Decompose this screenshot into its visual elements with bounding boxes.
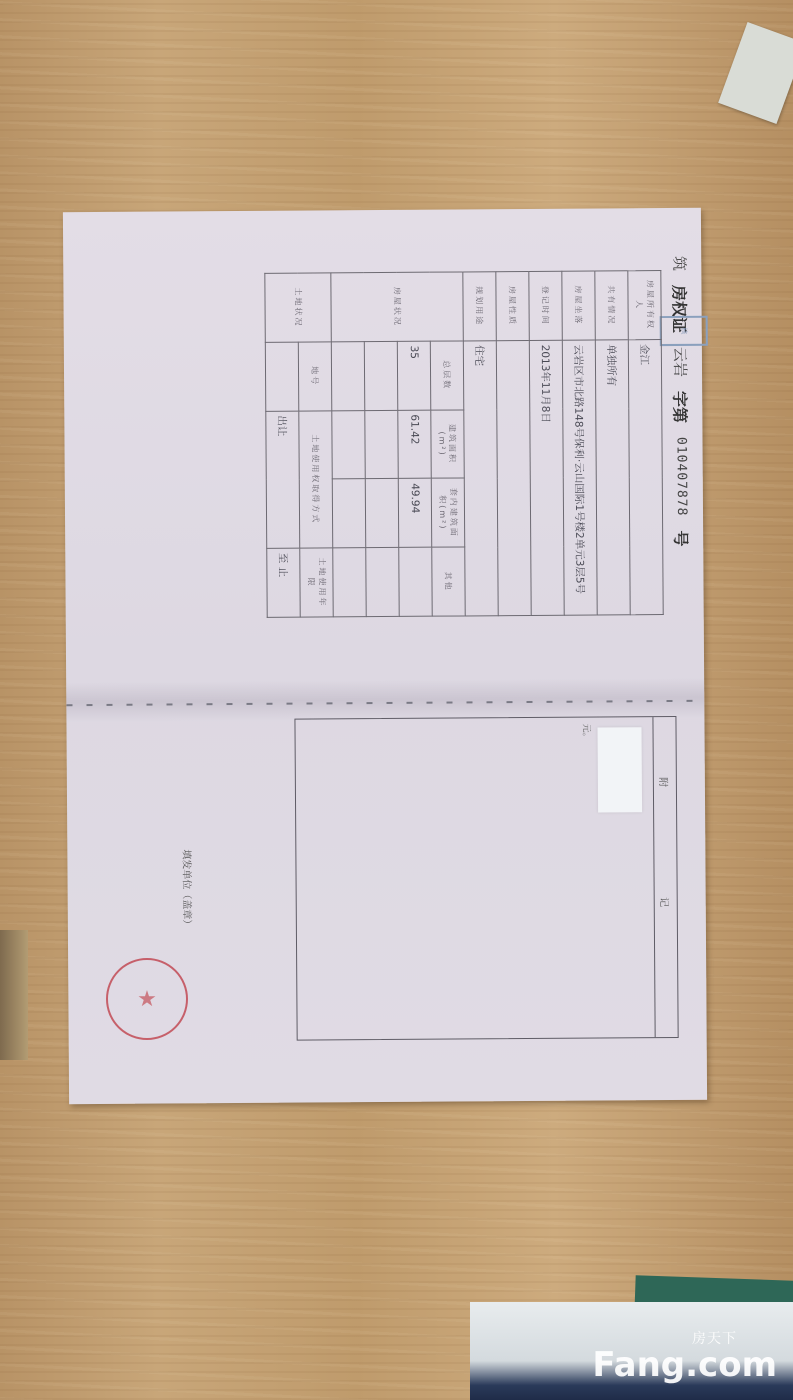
total-floors-value: 35 <box>397 341 430 410</box>
land-acquisition-value: 出让 <box>266 411 300 549</box>
table-row: 登记时间2013年11月8日 <box>529 271 564 615</box>
official-red-seal: ★ <box>106 958 188 1040</box>
table-row: 房屋性质 <box>496 271 531 615</box>
table-row: 房屋状况 总层数 建筑面积(m²) 套内建筑面积(m²) 其他 <box>430 272 465 616</box>
table-row: 房屋坐落云岩区市北路148号保利·云山国际1号楼2单元3层5号 <box>562 271 597 615</box>
planned-use-value: 住宅 <box>463 341 498 616</box>
table-row: 规划用途住宅 <box>463 272 498 616</box>
attachment-box: 附记 元。 <box>294 716 678 1041</box>
land-number-value <box>265 342 298 411</box>
owner-value: 金江 <box>628 339 663 614</box>
certificate-details-page: 筑 房权证 云岩 字第 010407878 号 核 房屋所有权人金江 共有情况单… <box>113 256 706 660</box>
blue-check-stamp: 核 <box>660 316 708 346</box>
certificate-word-no: 字第 <box>670 391 693 423</box>
land-term-value: 至 止 <box>267 548 300 617</box>
certificate-number-suffix: 号 <box>671 530 694 546</box>
certificate-number: 010407878 <box>674 437 690 517</box>
co-ownership-value: 单独所有 <box>595 340 630 615</box>
property-nature-value <box>496 340 531 615</box>
table-row: 土地状况 地号 土地使用权取得方式 土地使用年限 <box>298 273 333 617</box>
inner-area-value: 49.94 <box>398 479 431 548</box>
attachment-divider <box>652 717 655 1037</box>
table-row: 共有情况单独所有 <box>595 271 630 615</box>
certificate-table: 房屋所有权人金江 共有情况单独所有 房屋坐落云岩区市北路148号保利·云山国际1… <box>264 270 663 618</box>
building-area-value: 61.42 <box>398 410 431 479</box>
certificate-prefix: 筑 <box>670 256 691 271</box>
binder-clip <box>0 930 28 1060</box>
address-value: 云岩区市北路148号保利·云山国际1号楼2单元3层5号 <box>562 340 597 615</box>
registration-date-value: 2013年11月8日 <box>529 340 564 615</box>
attachment-note: 元。 <box>580 724 593 742</box>
redaction-patch <box>598 727 643 812</box>
certificate-district: 云岩 <box>670 347 691 377</box>
building-section-label: 房屋状况 <box>331 272 463 342</box>
attachment-title: 附记 <box>657 777 674 1017</box>
watermark-en: Fang.com <box>592 1348 777 1382</box>
other-value <box>399 547 432 616</box>
land-section-label: 土地状况 <box>265 273 331 342</box>
fang-watermark: 房天下 Fang.com <box>592 1328 777 1382</box>
issuer-label: 填发单位（盖章） <box>180 849 196 929</box>
attachment-page: 附记 元。 填发单位（盖章） <box>126 716 678 1060</box>
certificate-header: 筑 房权证 云岩 字第 010407878 号 核 <box>665 256 698 656</box>
table-row: 房屋所有权人金江 <box>628 271 663 615</box>
star-icon: ★ <box>137 987 157 1012</box>
